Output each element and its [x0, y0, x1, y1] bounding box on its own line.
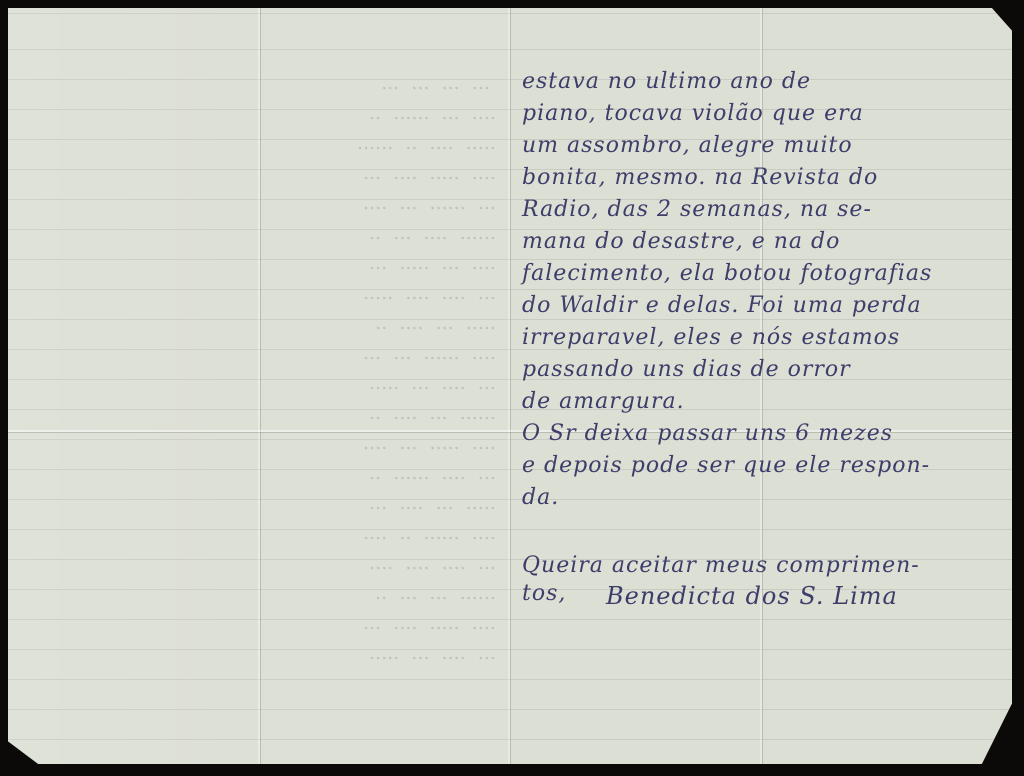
- body-line: irreparavel, eles e nós estamos: [522, 322, 1002, 354]
- body-line: do Waldir e delas. Foi uma perda: [522, 290, 1002, 322]
- body-line: de amargura.: [522, 386, 1002, 418]
- bleed-through-text: ... ... ... ... .... ... ...... .. .....…: [48, 68, 508, 758]
- body-line: O Sr deixa passar uns 6 mezes: [522, 418, 1002, 450]
- letter-text: estava no ultimo ano de piano, tocava vi…: [522, 66, 1002, 612]
- body-line: e depois pode ser que ele respon-: [522, 450, 1002, 482]
- body-line: bonita, mesmo. na Revista do: [522, 162, 1002, 194]
- body-line: passando uns dias de orror: [522, 354, 1002, 386]
- paragraph-gap: [522, 514, 1002, 550]
- body-line: Radio, das 2 semanas, na se-: [522, 194, 1002, 226]
- fold-line-vertical-center: [508, 8, 510, 764]
- body-line: da.: [522, 482, 1002, 514]
- body-line: piano, tocava violão que era: [522, 98, 1002, 130]
- body-line: estava no ultimo ano de: [522, 66, 1002, 98]
- body-line: um assombro, alegre muito: [522, 130, 1002, 162]
- fold-line-vertical-left: [258, 8, 260, 764]
- signature: Benedicta dos S. Lima: [522, 580, 1002, 612]
- body-line: mana do desastre, e na do: [522, 226, 1002, 258]
- body-line: falecimento, ela botou fotografias: [522, 258, 1002, 290]
